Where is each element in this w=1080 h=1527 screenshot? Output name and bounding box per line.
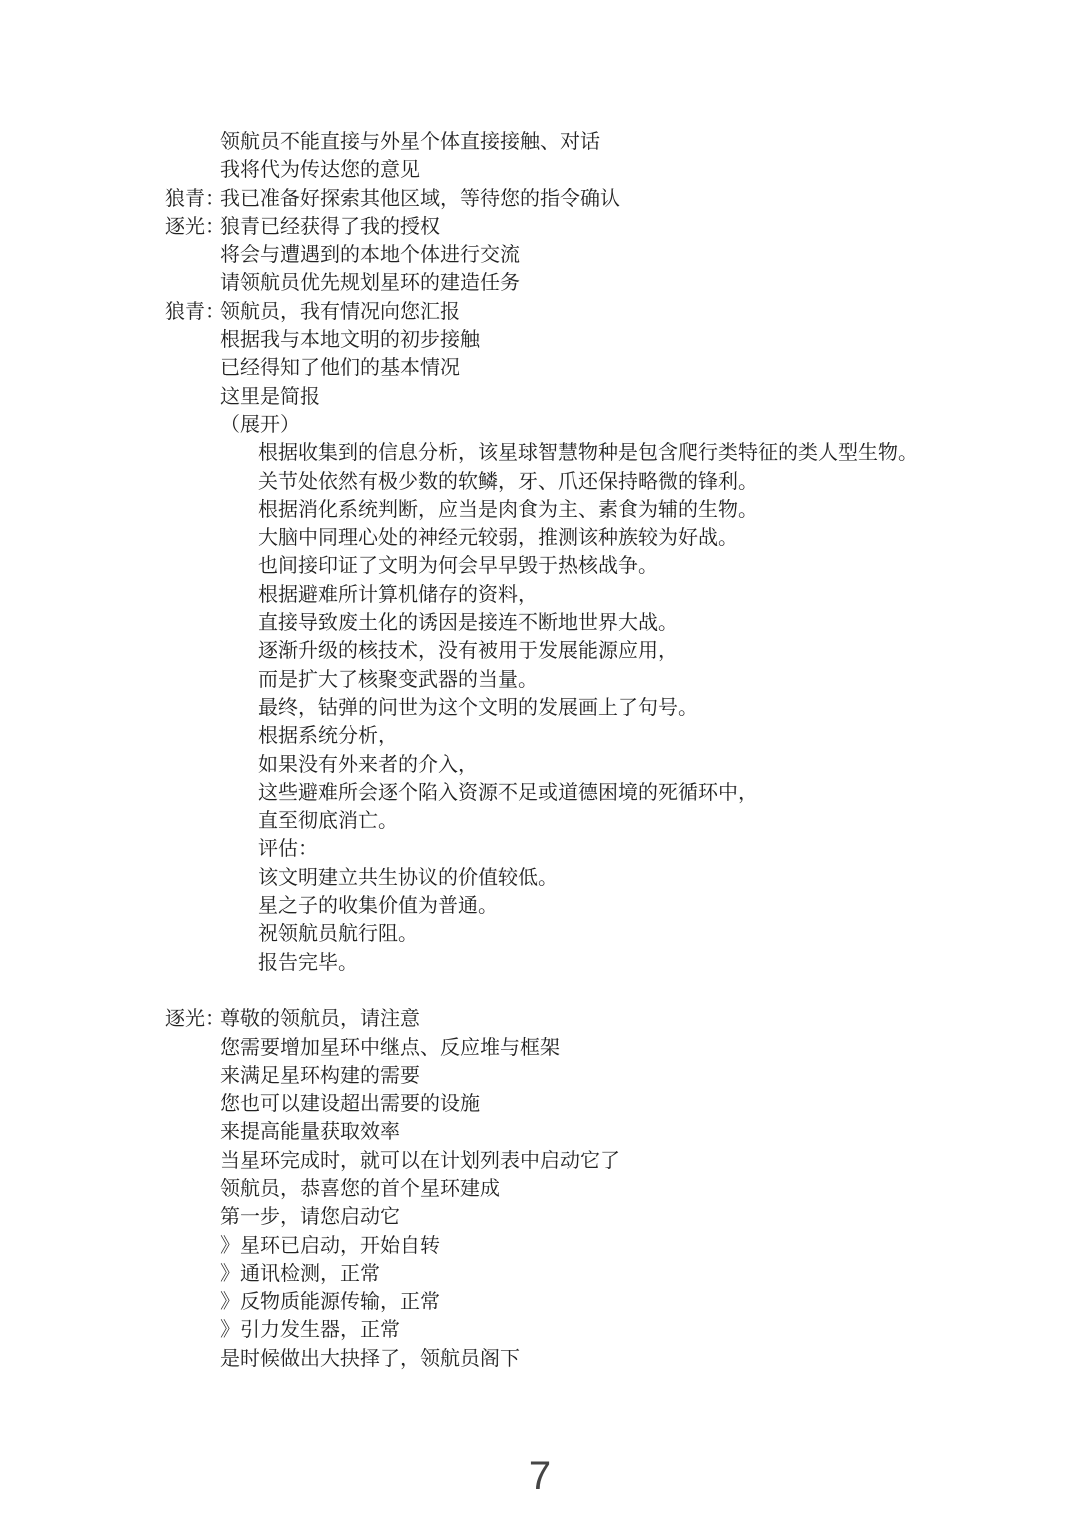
report-text: 而是扩大了核聚变武器的当量。 — [258, 666, 538, 694]
dialogue-line: 您也可以建设超出需要的设施 — [165, 1090, 918, 1118]
dialogue-text: 我已准备好探索其他区域，等待您的指令确认 — [220, 185, 620, 213]
status-line: 》反物质能源传输，正常 — [165, 1288, 918, 1316]
dialogue-text: 已经得知了他们的基本情况 — [220, 354, 460, 382]
dialogue-text: 您也可以建设超出需要的设施 — [220, 1090, 480, 1118]
report-text: 关节处依然有极少数的软鳞，牙、爪还保持略微的锋利。 — [258, 468, 758, 496]
report-text: 根据收集到的信息分析，该星球智慧物种是包含爬行类特征的类人型生物。 — [258, 439, 918, 467]
expand-marker: （展开） — [220, 411, 300, 439]
report-text: 这些避难所会逐个陷入资源不足或道德困境的死循环中， — [258, 779, 758, 807]
page-number: 7 — [0, 1456, 1080, 1496]
dialogue-text: 我将代为传达您的意见 — [220, 156, 420, 184]
report-text: 根据避难所计算机储存的资料， — [258, 581, 538, 609]
status-line: 》引力发生器，正常 — [165, 1316, 918, 1344]
status-line: 》通讯检测，正常 — [165, 1260, 918, 1288]
speaker-label: 逐光： — [165, 1005, 220, 1033]
report-text: 逐渐升级的核技术，没有被用于发展能源应用， — [258, 637, 678, 665]
blank-line — [165, 977, 918, 1005]
dialogue-line: 领航员，恭喜您的首个星环建成 — [165, 1175, 918, 1203]
report-line: 根据消化系统判断，应当是肉食为主、素食为辅的生物。 — [165, 496, 918, 524]
dialogue-text: 根据我与本地文明的初步接触 — [220, 326, 480, 354]
dialogue-text: 领航员，我有情况向您汇报 — [220, 298, 460, 326]
speaker-label: 逐光： — [165, 213, 220, 241]
report-line: 根据避难所计算机储存的资料， — [165, 581, 918, 609]
report-line: 祝领航员航行阻。 — [165, 920, 918, 948]
dialogue-line: 已经得知了他们的基本情况 — [165, 354, 918, 382]
dialogue-line: 将会与遭遇到的本地个体进行交流 — [165, 241, 918, 269]
report-line: 直接导致废土化的诱因是接连不断地世界大战。 — [165, 609, 918, 637]
dialogue-text: 这里是简报 — [220, 383, 320, 411]
report-text: 直接导致废土化的诱因是接连不断地世界大战。 — [258, 609, 678, 637]
report-line: 这些避难所会逐个陷入资源不足或道德困境的死循环中， — [165, 779, 918, 807]
dialogue-line: 领航员不能直接与外星个体直接接触、对话 — [165, 128, 918, 156]
report-line: 大脑中同理心处的神经元较弱，推测该种族较为好战。 — [165, 524, 918, 552]
report-text: 根据消化系统判断，应当是肉食为主、素食为辅的生物。 — [258, 496, 758, 524]
report-line: 如果没有外来者的介入， — [165, 751, 918, 779]
report-text: 如果没有外来者的介入， — [258, 751, 478, 779]
dialogue-text: 尊敬的领航员，请注意 — [220, 1005, 420, 1033]
dialogue-line: 根据我与本地文明的初步接触 — [165, 326, 918, 354]
dialogue-line: 逐光：狼青已经获得了我的授权 — [165, 213, 918, 241]
report-line: 星之子的收集价值为普通。 — [165, 892, 918, 920]
report-line: 根据系统分析， — [165, 722, 918, 750]
dialogue-line: 请领航员优先规划星环的建造任务 — [165, 269, 918, 297]
dialogue-text: 是时候做出大抉择了，领航员阁下 — [220, 1345, 520, 1373]
dialogue-text: 来提高能量获取效率 — [220, 1118, 400, 1146]
report-line: 报告完毕。 — [165, 949, 918, 977]
report-line: 该文明建立共生协议的价值较低。 — [165, 864, 918, 892]
dialogue-line: 第一步，请您启动它 — [165, 1203, 918, 1231]
report-text: 根据系统分析， — [258, 722, 398, 750]
dialogue-text: 狼青已经获得了我的授权 — [220, 213, 440, 241]
report-text: 最终，钴弹的问世为这个文明的发展画上了句号。 — [258, 694, 698, 722]
status-text: 》反物质能源传输，正常 — [220, 1288, 440, 1316]
dialogue-text: 领航员，恭喜您的首个星环建成 — [220, 1175, 500, 1203]
report-line: 评估： — [165, 835, 918, 863]
dialogue-content: 领航员不能直接与外星个体直接接触、对话 我将代为传达您的意见 狼青：我已准备好探… — [165, 128, 918, 1373]
speaker-label: 狼青： — [165, 185, 220, 213]
dialogue-text: 当星环完成时，就可以在计划列表中启动它了 — [220, 1147, 620, 1175]
dialogue-line: 狼青：领航员，我有情况向您汇报 — [165, 298, 918, 326]
report-text: 也间接印证了文明为何会早早毁于热核战争。 — [258, 552, 658, 580]
dialogue-line: 我将代为传达您的意见 — [165, 156, 918, 184]
report-text: 该文明建立共生协议的价值较低。 — [258, 864, 558, 892]
dialogue-line: 来满足星环构建的需要 — [165, 1062, 918, 1090]
dialogue-text: 领航员不能直接与外星个体直接接触、对话 — [220, 128, 600, 156]
status-text: 》引力发生器，正常 — [220, 1316, 400, 1344]
report-line: 也间接印证了文明为何会早早毁于热核战争。 — [165, 552, 918, 580]
report-text: 祝领航员航行阻。 — [258, 920, 418, 948]
report-line: 逐渐升级的核技术，没有被用于发展能源应用， — [165, 637, 918, 665]
dialogue-text: 将会与遭遇到的本地个体进行交流 — [220, 241, 520, 269]
dialogue-line: 来提高能量获取效率 — [165, 1118, 918, 1146]
speaker-label: 狼青： — [165, 298, 220, 326]
dialogue-line: （展开） — [165, 411, 918, 439]
report-text: 大脑中同理心处的神经元较弱，推测该种族较为好战。 — [258, 524, 738, 552]
report-text: 评估： — [258, 835, 318, 863]
dialogue-text: 请领航员优先规划星环的建造任务 — [220, 269, 520, 297]
dialogue-text: 您需要增加星环中继点、反应堆与框架 — [220, 1034, 560, 1062]
dialogue-text: 来满足星环构建的需要 — [220, 1062, 420, 1090]
dialogue-line: 是时候做出大抉择了，领航员阁下 — [165, 1345, 918, 1373]
status-text: 》通讯检测，正常 — [220, 1260, 380, 1288]
report-line: 直至彻底消亡。 — [165, 807, 918, 835]
status-text: 》星环已启动，开始自转 — [220, 1232, 440, 1260]
dialogue-line: 当星环完成时，就可以在计划列表中启动它了 — [165, 1147, 918, 1175]
report-text: 报告完毕。 — [258, 949, 358, 977]
document-page: 领航员不能直接与外星个体直接接触、对话 我将代为传达您的意见 狼青：我已准备好探… — [0, 0, 1080, 1527]
report-line: 而是扩大了核聚变武器的当量。 — [165, 666, 918, 694]
dialogue-line: 这里是简报 — [165, 383, 918, 411]
report-text: 直至彻底消亡。 — [258, 807, 398, 835]
report-line: 关节处依然有极少数的软鳞，牙、爪还保持略微的锋利。 — [165, 468, 918, 496]
dialogue-text: 第一步，请您启动它 — [220, 1203, 400, 1231]
status-line: 》星环已启动，开始自转 — [165, 1232, 918, 1260]
dialogue-line: 您需要增加星环中继点、反应堆与框架 — [165, 1034, 918, 1062]
report-line: 根据收集到的信息分析，该星球智慧物种是包含爬行类特征的类人型生物。 — [165, 439, 918, 467]
dialogue-line: 逐光：尊敬的领航员，请注意 — [165, 1005, 918, 1033]
report-line: 最终，钴弹的问世为这个文明的发展画上了句号。 — [165, 694, 918, 722]
report-text: 星之子的收集价值为普通。 — [258, 892, 498, 920]
dialogue-line: 狼青：我已准备好探索其他区域，等待您的指令确认 — [165, 185, 918, 213]
